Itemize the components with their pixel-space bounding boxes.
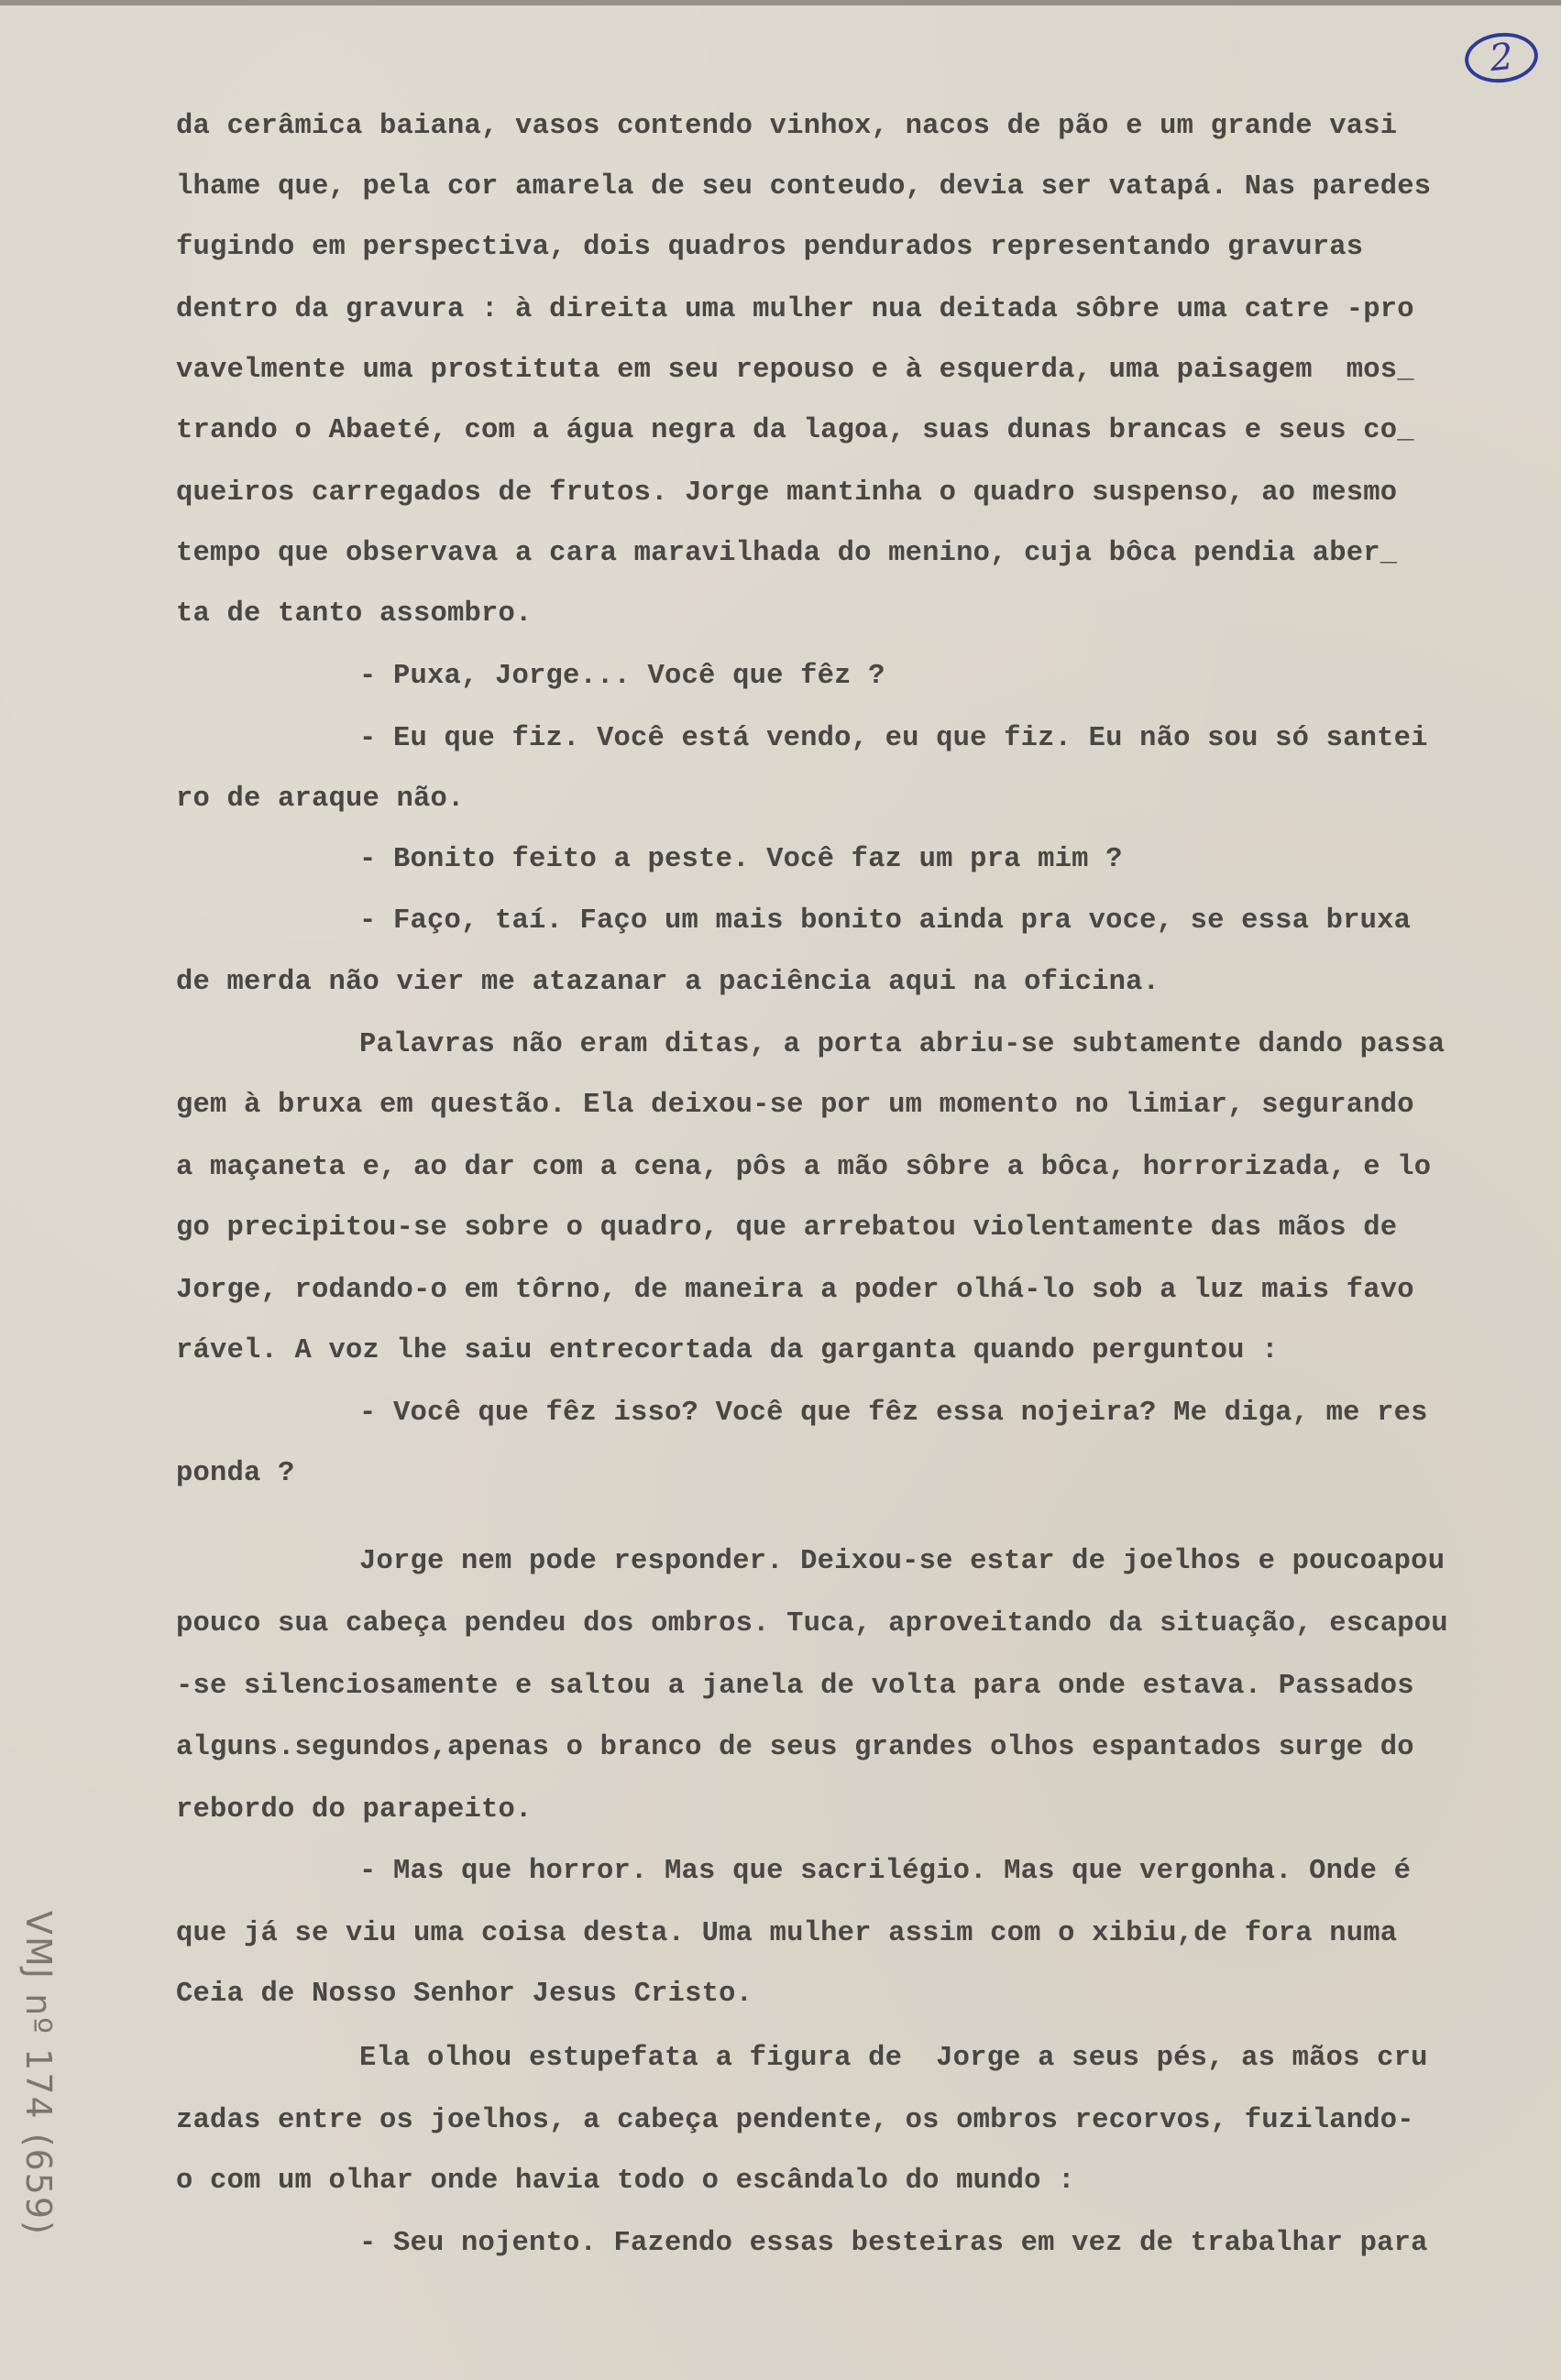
page-number-label: 2 — [1488, 36, 1515, 80]
text-line: ponda ? — [176, 1455, 295, 1492]
paragraph-start-line: Palavras não eram ditas, a porta abriu-s… — [359, 1026, 1445, 1063]
text-line: trando o Abaeté, com a água negra da lag… — [176, 412, 1414, 449]
page-top-edge — [0, 0, 1561, 5]
page-number-circled: 2 — [1462, 29, 1540, 86]
text-line: vavelmente uma prostituta em seu repouso… — [176, 352, 1414, 389]
text-line: Ceia de Nosso Senhor Jesus Cristo. — [176, 1976, 753, 2013]
text-line: que já se viu uma coisa desta. Uma mulhe… — [176, 1915, 1397, 1952]
dialogue-line: - Faço, taí. Faço um mais bonito ainda p… — [359, 903, 1411, 939]
text-line: zadas entre os joelhos, a cabeça pendent… — [176, 2102, 1414, 2139]
margin-archive-annotation: VMJ nº 174 (659) — [16, 1911, 59, 2236]
text-line: pouco sua cabeça pendeu dos ombros. Tuca… — [176, 1606, 1448, 1642]
paragraph-start-line: Ela olhou estupefata a figura de Jorge a… — [359, 2040, 1428, 2077]
text-line: go precipitou-se sobre o quadro, que arr… — [176, 1210, 1397, 1246]
text-line: gem à bruxa em questão. Ela deixou-se po… — [176, 1087, 1414, 1124]
text-line: o com um olhar onde havia todo o escânda… — [176, 2163, 1075, 2199]
dialogue-line: - Mas que horror. Mas que sacrilégio. Ma… — [359, 1853, 1411, 1890]
text-line: de merda não vier me atazanar a paciênci… — [176, 964, 1160, 1001]
text-line: queiros carregados de frutos. Jorge mant… — [176, 475, 1397, 511]
text-line: rebordo do parapeito. — [176, 1792, 533, 1828]
text-line: ta de tanto assombro. — [176, 596, 533, 632]
text-line: alguns.segundos,apenas o branco de seus … — [176, 1729, 1414, 1766]
dialogue-line: - Puxa, Jorge... Você que fêz ? — [359, 658, 885, 695]
dialogue-line: - Seu nojento. Fazendo essas besteiras e… — [359, 2225, 1428, 2262]
text-line: fugindo em perspectiva, dois quadros pen… — [176, 229, 1363, 266]
text-line: a maçaneta e, ao dar com a cena, pôs a m… — [176, 1149, 1431, 1186]
text-line: rável. A voz lhe saiu entrecortada da ga… — [176, 1333, 1279, 1369]
text-line: tempo que observava a cara maravilhada d… — [176, 535, 1397, 572]
text-line: ro de araque não. — [176, 781, 465, 817]
text-line: Jorge, rodando-o em tôrno, de maneira a … — [176, 1272, 1414, 1309]
text-line: -se silenciosamente e saltou a janela de… — [176, 1668, 1414, 1705]
text-line: da cerâmica baiana, vasos contendo vinho… — [176, 108, 1397, 145]
text-line: dentro da gravura : à direita uma mulher… — [176, 291, 1414, 328]
paragraph-start-line: Jorge nem pode responder. Deixou-se esta… — [359, 1543, 1445, 1580]
text-line: lhame que, pela cor amarela de seu conte… — [176, 169, 1431, 205]
dialogue-line: - Eu que fiz. Você está vendo, eu que fi… — [359, 720, 1428, 757]
dialogue-line: - Bonito feito a peste. Você faz um pra … — [359, 841, 1123, 878]
dialogue-line: - Você que fêz isso? Você que fêz essa n… — [359, 1395, 1428, 1431]
